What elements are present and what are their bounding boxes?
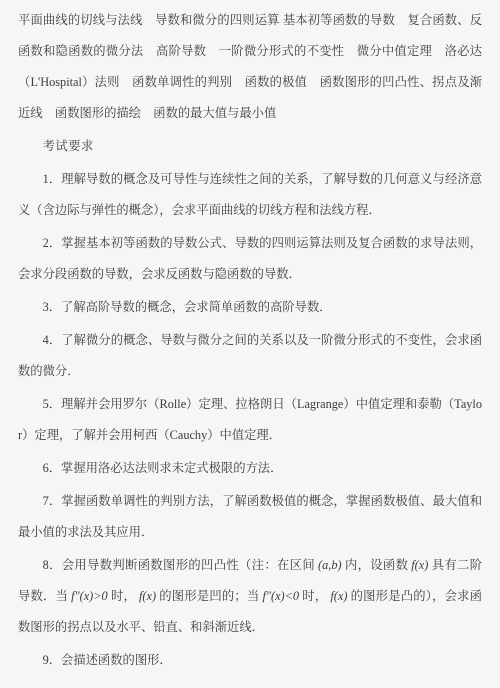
requirement-item-7: 7．掌握函数单调性的判别方法，了解函数极值的概念，掌握函数极值、最大值和最小值的… (18, 486, 482, 548)
requirement-item-9: 9．会描述函数的图形． (18, 645, 482, 676)
topic-list-paragraph: 平面曲线的切线与法线 导数和微分的四则运算 基本初等函数的导数 复合函数、反函数… (18, 5, 482, 129)
math-run-fx: f(x) (330, 589, 347, 603)
document-page: 平面曲线的切线与法线 导数和微分的四则运算 基本初等函数的导数 复合函数、反函数… (0, 0, 500, 688)
requirement-item-8: 8．会用导数判断函数图形的凹凸性（注：在区间(a,b)内，设函数f(x)具有二阶… (18, 550, 482, 643)
requirement-item-1: 1．理解导数的概念及可导性与连续性之间的关系，了解导数的几何意义与经济意义（含边… (18, 164, 482, 226)
requirement-item-4: 4．了解微分的概念、导数与微分之间的关系以及一阶微分形式的不变性，会求函数的微分… (18, 325, 482, 387)
requirement-item-3: 3．了解高阶导数的概念，会求简单函数的高阶导数． (18, 292, 482, 323)
section-heading: 考试要求 (18, 131, 482, 162)
math-run-second-derivative-positive: f″(x)>0 (71, 589, 108, 603)
requirement-item-6: 6．掌握用洛必达法则求未定式极限的方法． (18, 453, 482, 484)
text-run: 时， (111, 589, 136, 603)
requirement-item-2: 2．掌握基本初等函数的导数公式、导数的四则运算法则及复合函数的求导法则，会求分段… (18, 228, 482, 290)
requirement-item-5: 5．理解并会用罗尔（Rolle）定理、拉格朗日（Lagrange）中值定理和泰勒… (18, 389, 482, 451)
math-run-fx: f(x) (139, 589, 156, 603)
text-run: 的图形是凹的；当 (159, 589, 259, 603)
math-run-second-derivative-negative: f″(x)<0 (262, 589, 299, 603)
text-run: 8．会用导数判断函数图形的凹凸性（注：在区间 (43, 558, 315, 572)
math-run-fx: f(x) (411, 558, 428, 572)
math-run-interval: (a,b) (318, 558, 342, 572)
text-run: 内，设函数 (345, 558, 409, 572)
text-run: 时， (302, 589, 327, 603)
